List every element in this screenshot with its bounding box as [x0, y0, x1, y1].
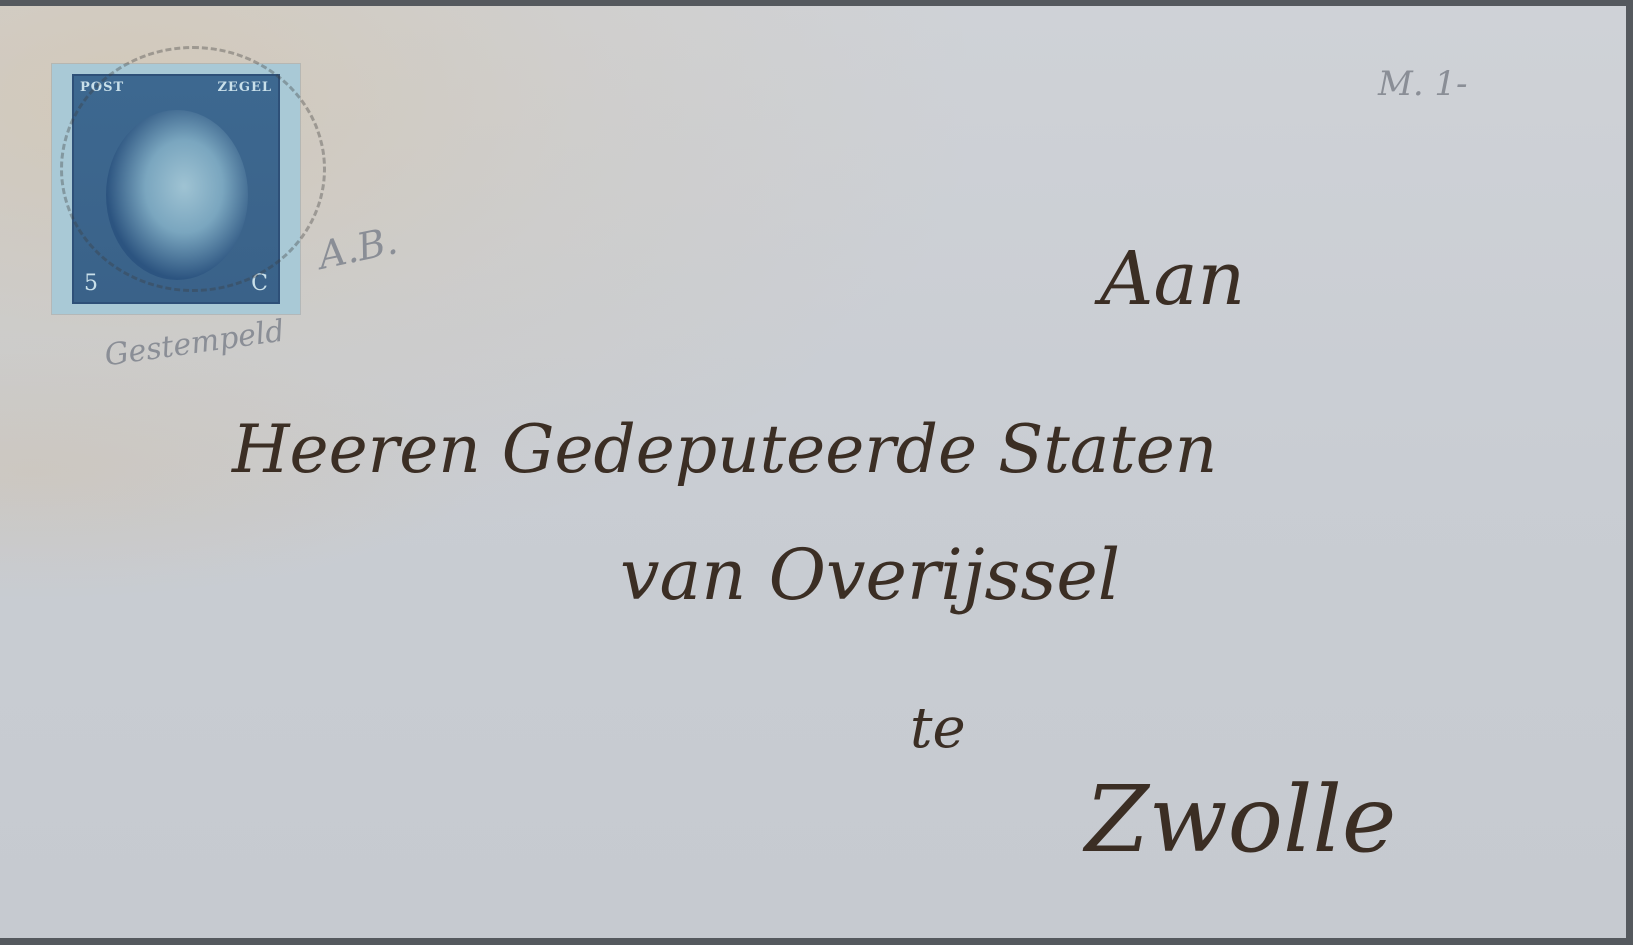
- pencil-note-beside-stamp: A.B.: [314, 218, 401, 278]
- postmark-cancel: [60, 46, 326, 292]
- address-line-recipient: Heeren Gedeputeerde Staten: [232, 411, 1217, 488]
- pencil-note-below-stamp: Gestempeld: [102, 314, 286, 374]
- pencil-note-top-right: M. 1-: [1378, 64, 1468, 104]
- address-line-aan: Aan: [1100, 236, 1245, 322]
- address-line-te: te: [910, 696, 966, 761]
- address-line-city: Zwolle: [1085, 766, 1396, 873]
- envelope: POST ZEGEL 5 C M. 1- A.B. Gestempeld Aan…: [0, 6, 1626, 938]
- stamp-value: 5: [84, 271, 98, 296]
- address-line-province: van Overijssel: [620, 534, 1120, 616]
